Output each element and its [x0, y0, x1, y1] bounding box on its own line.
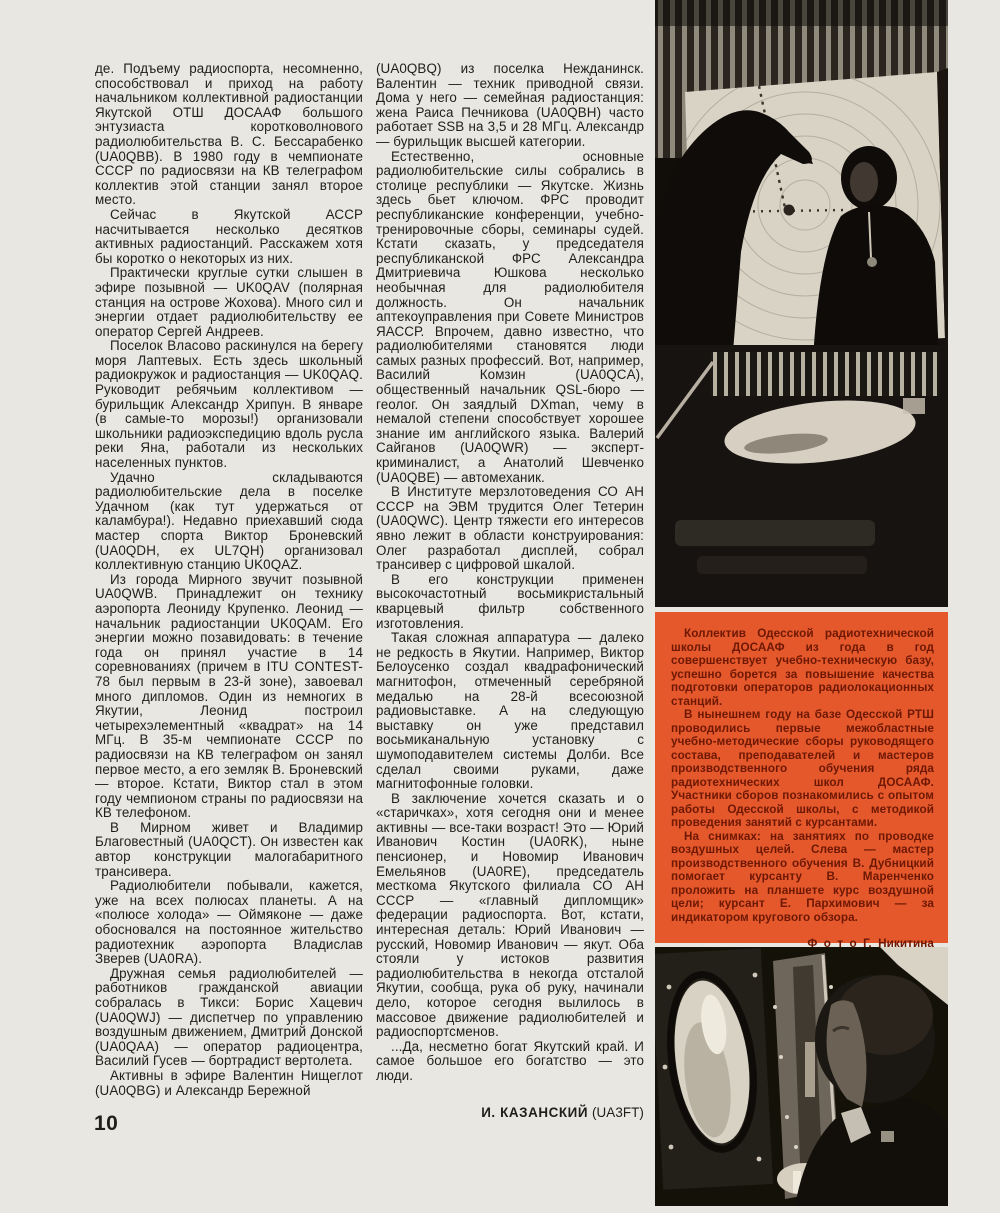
paragraph: В его конструкции применен высокочастотн…	[376, 573, 644, 631]
paragraph: Радиолюбители побывали, кажется, уже на …	[95, 879, 363, 967]
photo-caption-box: Коллектив Одесской радиотехнической школ…	[655, 612, 948, 943]
paragraph: Сейчас в Якутской АССР насчитывается нес…	[95, 208, 363, 266]
photo-radar-indicator-art	[655, 947, 948, 1206]
paragraph: Практически круглые сутки слышен в эфире…	[95, 266, 363, 339]
paragraph: Активны в эфире Валентин Нищеглот (UA0QB…	[95, 1069, 363, 1098]
magazine-page: де. Подъему радиоспорта, несомненно, спо…	[0, 0, 1000, 1213]
paragraph: Естественно, основные радиолюбительские …	[376, 150, 644, 486]
caption-paragraph: Коллектив Одесской радиотехнической школ…	[671, 627, 934, 708]
photo-radar-indicator	[655, 947, 948, 1206]
paragraph: ...Да, несметно богат Якутский край. И с…	[376, 1040, 644, 1084]
radar-screen	[655, 948, 773, 1189]
photo-plotting-board	[655, 0, 948, 607]
caption-paragraph: На снимках: на занятиях по проводке возд…	[671, 830, 934, 925]
article-column-1: де. Подъему радиоспорта, несомненно, спо…	[95, 62, 363, 1098]
author-name: И. КАЗАНСКИЙ	[481, 1105, 588, 1120]
page-number: 10	[94, 1112, 118, 1136]
photo-plotting-board-art	[655, 0, 948, 607]
paragraph: В заключение хочется сказать и о «старич…	[376, 792, 644, 1040]
paragraph: Из города Мирного звучит позывной UA0QWB…	[95, 573, 363, 821]
article-column-2: (UA0QBQ) из поселка Нежданинск. Валентин…	[376, 62, 644, 1120]
paragraph: Дружная семья радиолюбителей — работнико…	[95, 967, 363, 1069]
paragraph: де. Подъему радиоспорта, несомненно, спо…	[95, 62, 363, 208]
paragraph: Такая сложная аппаратура — далеко не ред…	[376, 631, 644, 792]
caption-paragraphs: Коллектив Одесской радиотехнической школ…	[671, 627, 934, 924]
paragraph: (UA0QBQ) из поселка Нежданинск. Валентин…	[376, 62, 644, 150]
paragraph: Удачно складываются радиолюбительские де…	[95, 471, 363, 573]
article-column-2-paragraphs: (UA0QBQ) из поселка Нежданинск. Валентин…	[376, 62, 644, 1084]
paragraph: Поселок Власово раскинулся на берегу мор…	[95, 339, 363, 470]
author-signature: И. КАЗАНСКИЙ (UA3FT)	[376, 1106, 644, 1121]
paragraph: В Институте мерзлотоведения СО АН СССР н…	[376, 485, 644, 573]
caption-paragraph: В нынешнем году на базе Одесской РТШ про…	[671, 708, 934, 830]
desk-area	[655, 345, 948, 607]
author-callsign: (UA3FT)	[592, 1105, 644, 1120]
paragraph: В Мирном живет и Владимир Благовестный (…	[95, 821, 363, 879]
